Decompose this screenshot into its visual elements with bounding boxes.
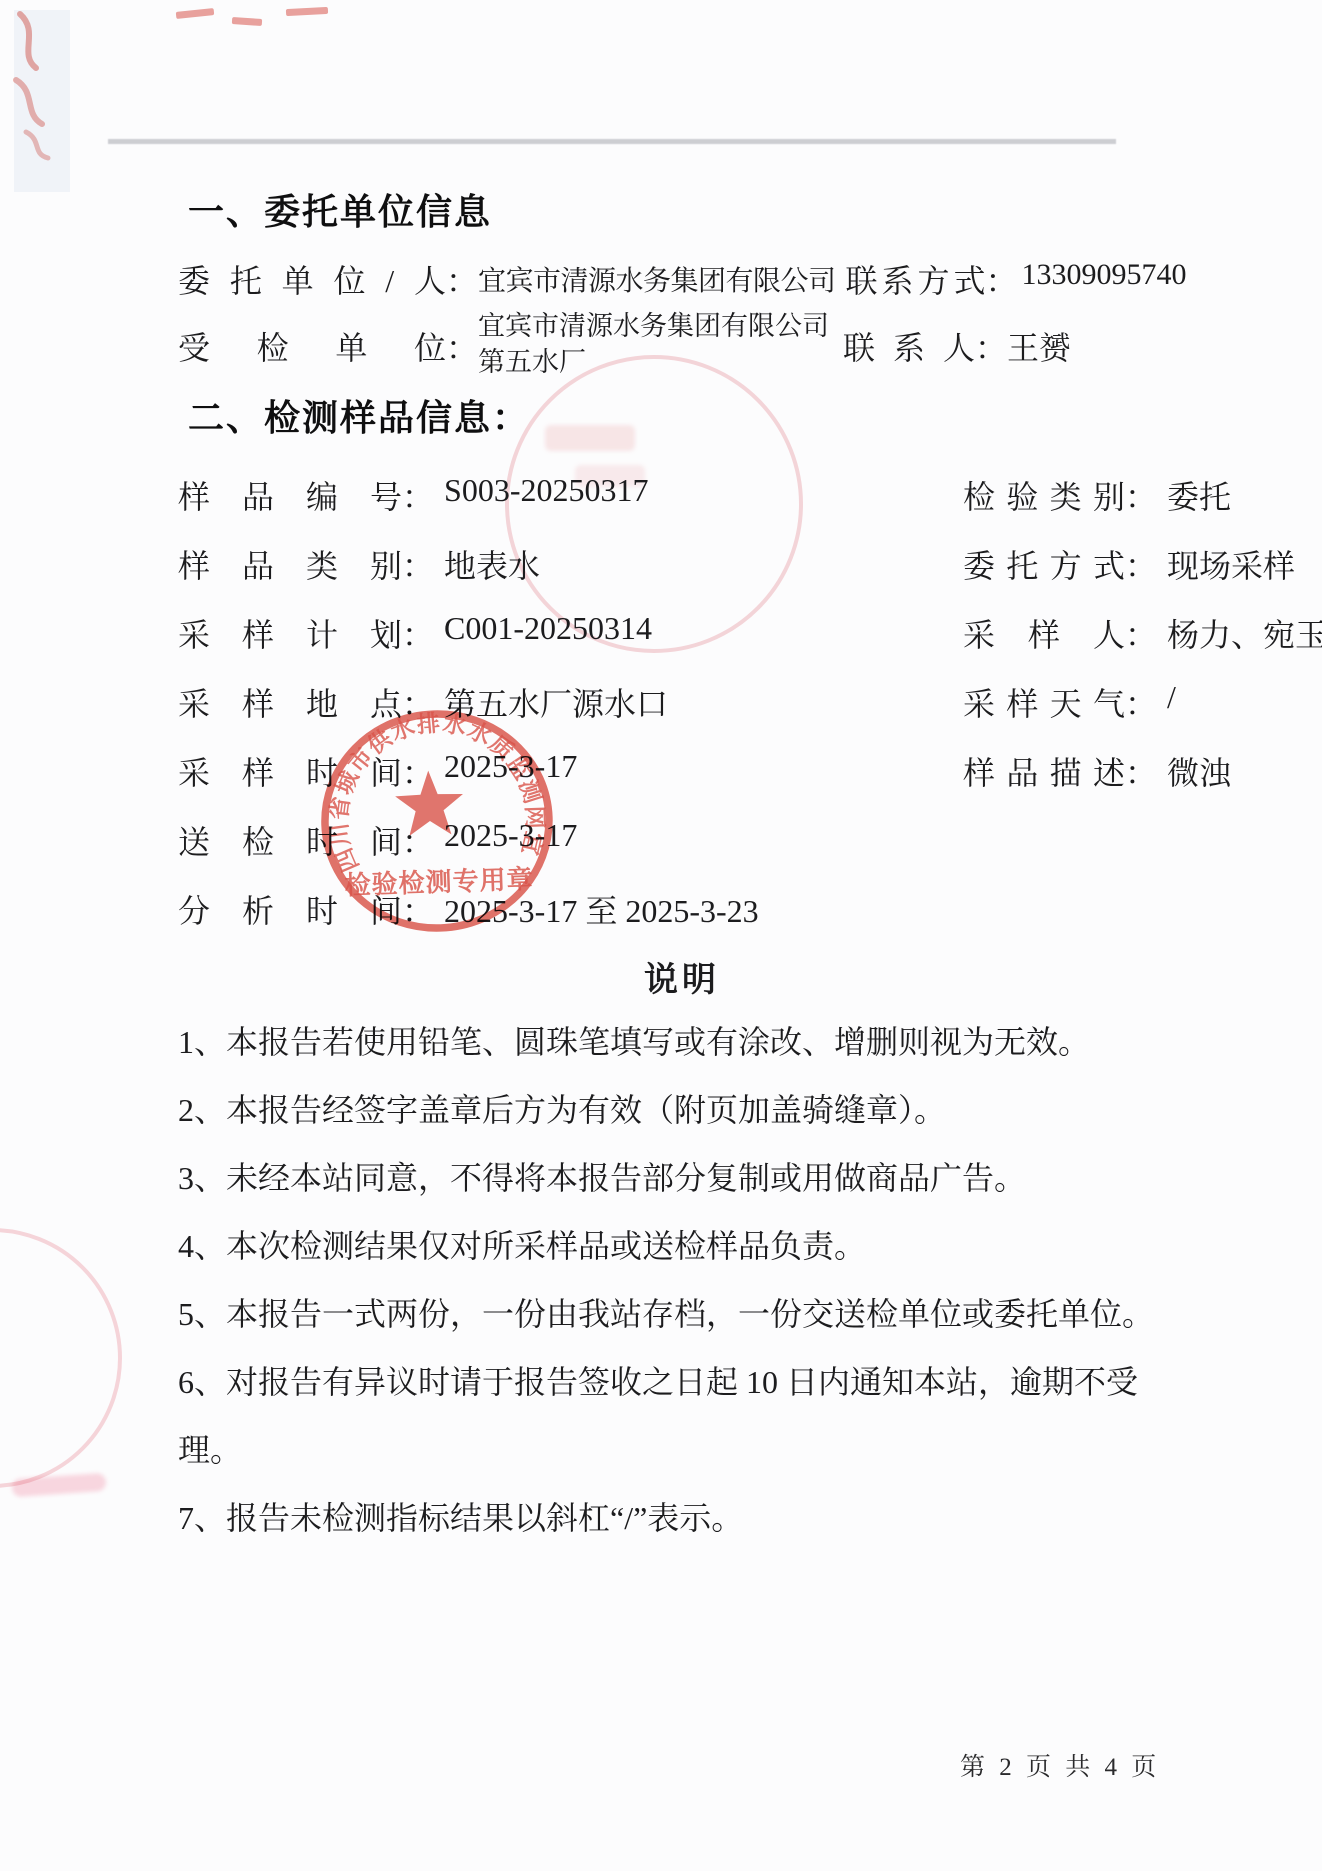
note-item-6-line1: 6、对报告有异议时请于报告签收之日起 10 日内通知本站，逾期不受 [178,1348,1154,1416]
sample-row-right: 采样人：杨力、宛玉 [963,610,1322,656]
colon: ： [402,472,434,518]
inspected-unit-label-wrap: 受检单位： [178,308,478,384]
colon: ： [1125,748,1157,794]
contact-method-label: 联系方式 [846,256,986,302]
colon: ： [1125,541,1157,587]
sample-row-right: 委托方式：现场采样 [963,541,1295,587]
sample-category-value: 地表水 [444,541,540,587]
inspected-unit-value: 宜宾市清源水务集团有限公司 第五水厂 [478,308,829,380]
commissioner-row: 委托单位/人：宜宾市清源水务集团有限公司联系方式：13309095740 [178,256,1187,302]
partial-stamp-marks-top-left [6,6,76,166]
sampler-value: 杨力、宛玉 [1167,610,1322,656]
scan-artifact-streak [108,139,1116,144]
sample-category-label: 样品类别 [178,541,402,587]
note-item-6-line2: 理。 [178,1416,1154,1484]
colon: ： [402,610,434,656]
colon: ： [1125,472,1157,518]
sample-row: 样品编号：S003-20250317 检验类别：委托 [178,472,1178,518]
official-seal: 四川省城市供水排水水质监测网宜宾监测站 检验检测专用章 [313,702,561,942]
document-page: 一、委托单位信息 委托单位/人：宜宾市清源水务集团有限公司联系方式：133090… [0,0,1322,1871]
sampling-weather-label: 采样天气 [963,679,1125,725]
inspected-unit-value-line1: 宜宾市清源水务集团有限公司 [478,308,829,344]
contact-person-value: 王赟 [1007,323,1071,369]
colon: ： [1125,679,1157,725]
notes-list: 1、本报告若使用铅笔、圆珠笔填写或有涂改、增删则视为无效。 2、本报告经签字盖章… [178,1008,1154,1552]
sample-description-label: 样品描述 [963,748,1125,794]
sampling-weather-value: / [1167,679,1176,725]
note-item-3: 3、未经本站同意，不得将本报告部分复制或用做商品广告。 [178,1144,1154,1212]
note-item-5: 5、本报告一式两份，一份由我站存档，一份交送检单位或委托单位。 [178,1280,1154,1348]
sampling-plan-value: C001-20250314 [444,610,652,647]
contact-method-value: 13309095740 [1022,256,1187,292]
contact-person-wrap: 联系人：王赟 [829,308,1071,384]
sample-description-value: 微浊 [1167,748,1231,794]
inspected-unit-row: 受检单位： 宜宾市清源水务集团有限公司 第五水厂 联系人：王赟 [178,308,1071,384]
partial-stamp-mark-top [232,17,262,26]
sampler-label: 采样人 [963,610,1125,656]
faint-stamp-bleedthrough-bottom-left [0,1228,122,1488]
sample-row: 样品类别：地表水 委托方式：现场采样 [178,541,1178,587]
test-type-value: 委托 [1167,472,1231,518]
note-item-4: 4、本次检测结果仅对所采样品或送检样品负责。 [178,1212,1154,1280]
colon: ： [446,323,478,369]
commissioner-label: 委托单位/人 [178,256,446,302]
commission-method-label: 委托方式 [963,541,1125,587]
colon: ： [1125,610,1157,656]
inspected-unit-value-line2: 第五水厂 [478,344,829,380]
partial-stamp-mark-top [286,7,328,16]
colon: ： [975,323,1007,369]
sample-row: 采样计划：C001-20250314 采样人：杨力、宛玉 [178,610,1178,656]
colon: ： [446,256,478,302]
note-item-2: 2、本报告经签字盖章后方为有效（附页加盖骑缝章）。 [178,1076,1154,1144]
section2-heading: 二、检测样品信息： [188,390,530,441]
seal-star [394,769,464,836]
faint-stamp-text-blob [545,425,635,451]
note-item-7: 7、报告未检测指标结果以斜杠“/”表示。 [178,1484,1154,1552]
sample-id-value: S003-20250317 [444,472,648,509]
section1-heading: 一、委托单位信息 [188,184,492,235]
page-number: 第 2 页 共 4 页 [960,1747,1160,1783]
colon: ： [986,256,1018,302]
test-type-label: 检验类别 [963,472,1125,518]
commission-method-value: 现场采样 [1167,541,1295,587]
inspected-unit-label: 受检单位 [178,323,446,369]
note-item-1: 1、本报告若使用铅笔、圆珠笔填写或有涂改、增删则视为无效。 [178,1008,1154,1076]
partial-stamp-mark-top [176,8,215,19]
seal-center-text: 检验检测专用章 [344,864,534,901]
sample-row-right: 样品描述：微浊 [963,748,1231,794]
contact-person-label: 联系人 [843,323,975,369]
colon: ： [402,541,434,587]
sample-id-label: 样品编号 [178,472,402,518]
commissioner-value: 宜宾市清源水务集团有限公司 [478,256,836,299]
sample-row-right: 采样天气：/ [963,679,1176,725]
notes-heading: 说明 [644,952,720,1001]
sample-row-right: 检验类别：委托 [963,472,1231,518]
sampling-plan-label: 采样计划 [178,610,402,656]
